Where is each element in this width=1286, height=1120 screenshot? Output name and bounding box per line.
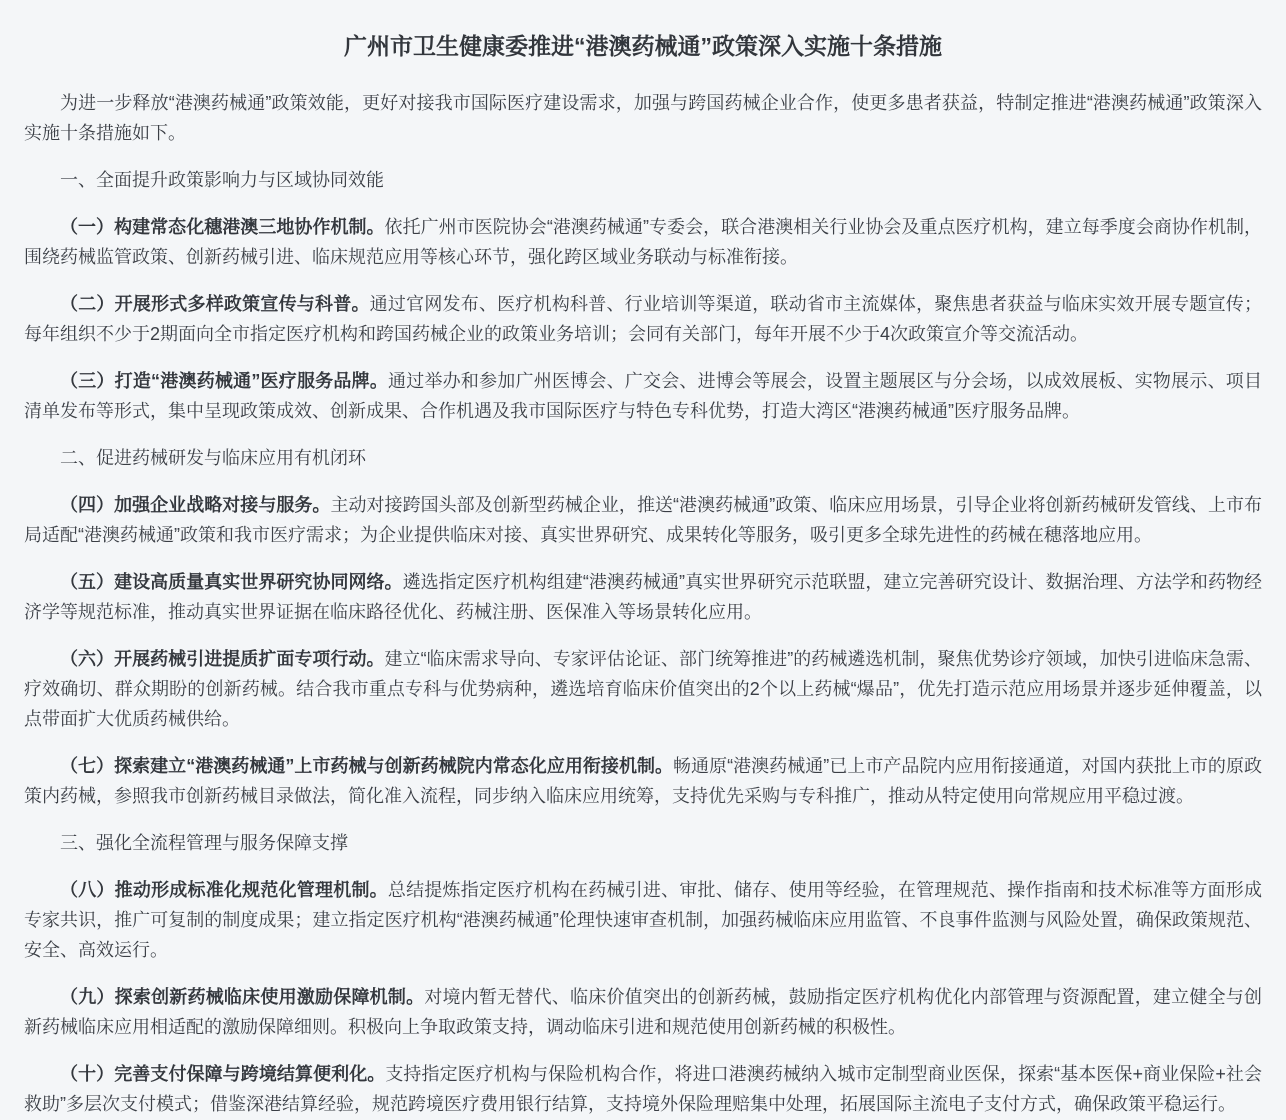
measure-7-lead: （七）探索建立“港澳药械通”上市药械与创新药械院内常态化应用衔接机制。	[60, 756, 673, 776]
measure-9-lead: （九）探索创新药械临床使用激励保障机制。	[60, 987, 424, 1007]
measure-paragraph-2: （二）开展形式多样政策宣传与科普。通过官网发布、医疗机构科普、行业培训等渠道，联…	[24, 289, 1262, 349]
measure-6-lead: （六）开展药械引进提质扩面专项行动。	[60, 649, 385, 669]
measure-paragraph-5: （五）建设高质量真实世界研究协同网络。遴选指定医疗机构组建“港澳药械通”真实世界…	[24, 567, 1262, 627]
measure-paragraph-6: （六）开展药械引进提质扩面专项行动。建立“临床需求导向、专家评估论证、部门统筹推…	[24, 644, 1262, 734]
measure-paragraph-9: （九）探索创新药械临床使用激励保障机制。对境内暂无替代、临床价值突出的创新药械，…	[24, 982, 1262, 1042]
measure-8-lead: （八）推动形成标准化规范化管理机制。	[60, 880, 388, 900]
measure-paragraph-4: （四）加强企业战略对接与服务。主动对接跨国头部及创新型药械企业，推送“港澳药械通…	[24, 490, 1262, 550]
measure-paragraph-3: （三）打造“港澳药械通”医疗服务品牌。通过举办和参加广州医博会、广交会、进博会等…	[24, 366, 1262, 426]
measure-5-lead: （五）建设高质量真实世界研究协同网络。	[60, 572, 403, 592]
measure-paragraph-1: （一）构建常态化穗港澳三地协作机制。依托广州市医院协会“港澳药械通”专委会，联合…	[24, 212, 1262, 272]
intro-paragraph: 为进一步释放“港澳药械通”政策效能，更好对接我市国际医疗建设需求，加强与跨国药械…	[24, 88, 1262, 148]
measure-3-lead: （三）打造“港澳药械通”医疗服务品牌。	[60, 371, 388, 391]
measure-4-lead: （四）加强企业战略对接与服务。	[60, 495, 330, 515]
section-heading-2: 二、促进药械研发与临床应用有机闭环	[24, 443, 1262, 473]
section-heading-3: 三、强化全流程管理与服务保障支撑	[24, 828, 1262, 858]
measure-1-lead: （一）构建常态化穗港澳三地协作机制。	[60, 217, 385, 237]
measure-paragraph-10: （十）完善支付保障与跨境结算便利化。支持指定医疗机构与保险机构合作，将进口港澳药…	[24, 1059, 1262, 1119]
measure-paragraph-7: （七）探索建立“港澳药械通”上市药械与创新药械院内常态化应用衔接机制。畅通原“港…	[24, 751, 1262, 811]
measure-10-lead: （十）完善支付保障与跨境结算便利化。	[60, 1064, 385, 1084]
policy-document: 广州市卫生健康委推进“港澳药械通”政策深入实施十条措施 为进一步释放“港澳药械通…	[0, 0, 1286, 1120]
section-heading-1: 一、全面提升政策影响力与区域协同效能	[24, 165, 1262, 195]
measure-paragraph-8: （八）推动形成标准化规范化管理机制。总结提炼指定医疗机构在药械引进、审批、储存、…	[24, 875, 1262, 965]
document-title: 广州市卫生健康委推进“港澳药械通”政策深入实施十条措施	[24, 30, 1262, 62]
measure-2-lead: （二）开展形式多样政策宣传与科普。	[60, 294, 370, 314]
